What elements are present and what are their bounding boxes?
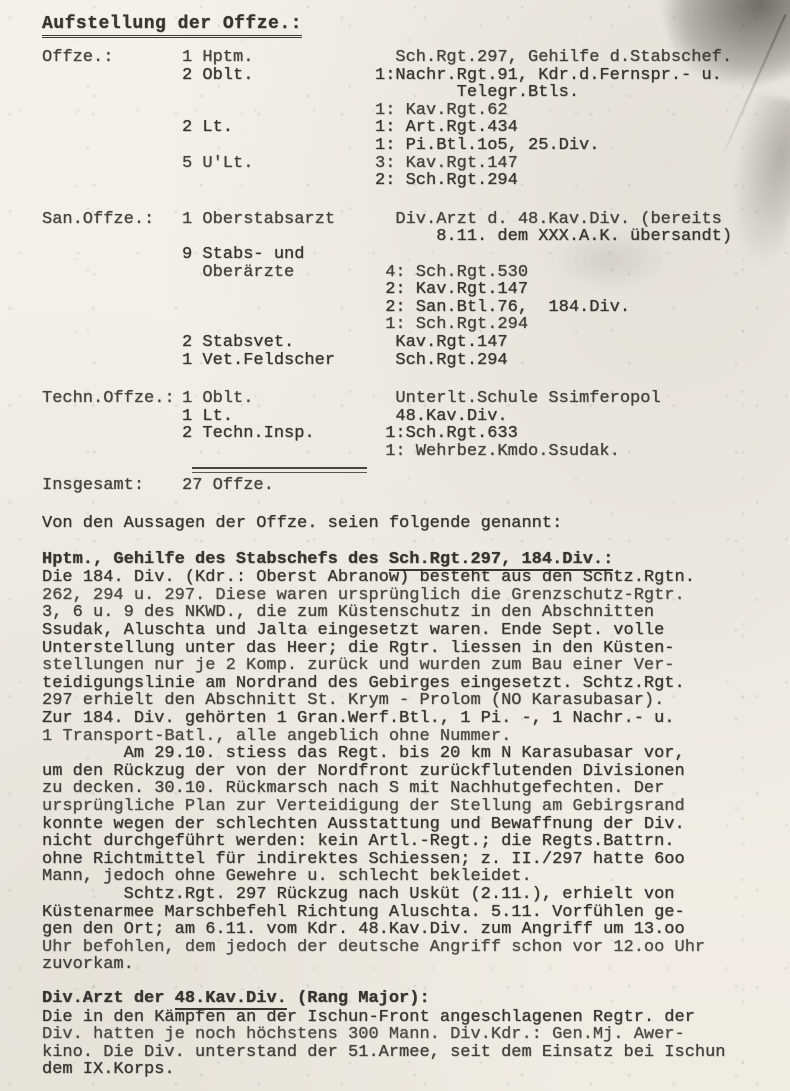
table-row: 2: San.Btl.76, 184.Div. [42,299,762,317]
table-divider [192,467,367,473]
officer-count: 1 Vet.Feldscher [182,352,375,370]
text-line: kino. Die Div. unterstand der 51.Armee, … [42,1044,762,1062]
document-content: Aufstellung der Offze.: Offze.:1 Hptm. S… [0,0,790,1079]
section-label [42,155,182,173]
officer-count [182,84,375,102]
officer-count: 5 U'Lt. [182,155,375,173]
officer-count: 1 Hptm. [182,49,375,67]
officer-detail: 1: Pi.Btl.1o5, 25.Div. [375,137,762,155]
intro-line: Von den Aussagen der Offze. seien folgen… [42,515,762,533]
officer-count [182,299,375,317]
statement-hptm-body: Die 184. Div. (Kdr.: Oberst Abranow) bes… [42,569,762,974]
officer-count: 9 Stabs- und [182,246,375,264]
table-row: 1 Vet.Feldscher Sch.Rgt.294 [42,352,762,370]
heading-underlined-text: 48.Kav.Div. [175,989,287,1010]
section-label [42,172,182,190]
officer-detail: 2: San.Btl.76, 184.Div. [375,299,762,317]
text-line: Schtz.Rgt. 297 Rückzug nach Usküt (2.11.… [42,886,762,904]
text-line: zu decken. 30.10. Rückmarsch nach S mit … [42,780,762,798]
section-label [42,352,182,370]
officer-count: Oberärzte [182,264,375,282]
text-line: Die in den Kämpfen an der Ischun-Front a… [42,1009,762,1027]
section-label [42,228,182,246]
statement-divarzt-body: Die in den Kämpfen an der Ischun-Front a… [42,1009,762,1079]
officer-detail: Kav.Rgt.147 [375,334,762,352]
table-row: 9 Stabs- und [42,246,762,264]
officer-count [182,137,375,155]
statement-hptm: Hptm., Gehilfe des Stabschefs des Sch.Rg… [42,551,762,974]
officer-detail: Telegr.Btls. [375,84,762,102]
table-row: Techn.Offze.:1 Oblt. Unterlt.Schule Ssim… [42,390,762,408]
section-label [42,281,182,299]
section-label: Techn.Offze.: [42,390,182,408]
section-label [42,408,182,426]
text-line: stellungen nur je 2 Komp. zurück und wur… [42,657,762,675]
heading-tail: (Rang Major): [287,989,430,1008]
table-row: 1: Kav.Rgt.62 [42,102,762,120]
text-line: teidigungslinie am Nordrand des Gebirges… [42,675,762,693]
section-label: Offze.: [42,49,182,67]
text-line: Am 29.10. stiess das Regt. bis 20 km N K… [42,745,762,763]
text-line: 297 erhielt den Abschnitt St. Krym - Pro… [42,692,762,710]
officer-count: 2 Oblt. [182,67,375,85]
text-line: Unterstellung unter das Heer; die Rgtr. … [42,640,762,658]
table-row: 2 Lt.1: Art.Rgt.434 [42,119,762,137]
heading-text: Div.Arzt der [42,989,175,1008]
officer-detail: Div.Arzt d. 48.Kav.Div. (bereits [375,211,762,229]
section-label [42,425,182,443]
officer-count [182,281,375,299]
officer-table: Offze.:1 Hptm. Sch.Rgt.297, Gehilfe d.St… [42,49,762,460]
officer-detail: 2: Sch.Rgt.294 [375,172,762,190]
officer-detail: 1: Wehrbez.Kmdo.Ssudak. [375,443,762,461]
table-row: San.Offze.:1 Oberstabsarzt Div.Arzt d. 4… [42,211,762,229]
officer-detail: 2: Kav.Rgt.147 [375,281,762,299]
total-value: 27 Offze. [182,477,375,495]
officer-count: 2 Lt. [182,119,375,137]
total-row: Insgesamt: 27 Offze. [42,477,762,495]
section-label [42,443,182,461]
officer-table-section: Offze.:1 Hptm. Sch.Rgt.297, Gehilfe d.St… [42,49,762,190]
officer-count [182,443,375,461]
officer-detail [375,246,762,264]
officer-count: 2 Techn.Insp. [182,425,375,443]
officer-count [182,102,375,120]
section-label [42,119,182,137]
officer-detail: Sch.Rgt.297, Gehilfe d.Stabschef. [375,49,762,67]
section-label [42,264,182,282]
scanned-document-page: { "colors": { "paper": "#f2efe9", "ink":… [0,0,790,1091]
table-row: Offze.:1 Hptm. Sch.Rgt.297, Gehilfe d.St… [42,49,762,67]
table-row: 1: Pi.Btl.1o5, 25.Div. [42,137,762,155]
officer-detail: Unterlt.Schule Ssimferopol [375,390,762,408]
text-line: Die 184. Div. (Kdr.: Oberst Abranow) bes… [42,569,762,587]
text-line: Mann, jedoch ohne Gewehre u. schlecht be… [42,868,762,886]
officer-count: 1 Oblt. [182,390,375,408]
section-label [42,84,182,102]
text-line: 3, 6 u. 9 des NKWD., die zum Küstenschut… [42,604,762,622]
officer-detail: 4: Sch.Rgt.530 [375,264,762,282]
heading-text: Hptm., Gehilfe des Stabschefs des [42,550,389,569]
table-row: 2 Stabsvet. Kav.Rgt.147 [42,334,762,352]
section-label: San.Offze.: [42,211,182,229]
officer-detail: 1:Nachr.Rgt.91, Kdr.d.Fernspr.- u. [375,67,762,85]
total-label: Insgesamt: [42,477,182,495]
table-row: Telegr.Btls. [42,84,762,102]
text-line: Zur 184. Div. gehörten 1 Gran.Werf.Btl.,… [42,710,762,728]
officer-detail: 3: Kav.Rgt.147 [375,155,762,173]
text-line: Küstenarmee Marschbefehl Richtung Alusch… [42,904,762,922]
text-line: dem IX.Korps. [42,1061,762,1079]
section-label [42,67,182,85]
statement-divarzt-heading: Div.Arzt der 48.Kav.Div. (Rang Major): [42,990,762,1008]
table-row: 2 Techn.Insp. 1:Sch.Rgt.633 [42,425,762,443]
text-line: konnte wegen der schlechten Ausstattung … [42,816,762,834]
table-row: 1: Wehrbez.Kmdo.Ssudak. [42,443,762,461]
section-label [42,246,182,264]
text-line: Ssudak, Aluschta und Jalta eingesetzt wa… [42,622,762,640]
section-label [42,137,182,155]
officer-detail: 48.Kav.Div. [375,408,762,426]
table-row: 2 Oblt.1:Nachr.Rgt.91, Kdr.d.Fernspr.- u… [42,67,762,85]
officer-count: 1 Oberstabsarzt [182,211,375,229]
table-row: 8.11. dem XXX.A.K. übersandt) [42,228,762,246]
text-line: Uhr befohlen, dem jedoch der deutsche An… [42,939,762,957]
text-line: ursprüngliche Plan zur Verteidigung der … [42,798,762,816]
text-line: um den Rückzug der von der Nordfront zur… [42,763,762,781]
section-label [42,316,182,334]
officer-detail: 8.11. dem XXX.A.K. übersandt) [375,228,762,246]
officer-count [182,316,375,334]
table-row: 5 U'Lt.3: Kav.Rgt.147 [42,155,762,173]
table-row: 1: Sch.Rgt.294 [42,316,762,334]
officer-count: 1 Lt. [182,408,375,426]
table-row: Oberärzte 4: Sch.Rgt.530 [42,264,762,282]
officer-count [182,228,375,246]
officer-detail: 1: Kav.Rgt.62 [375,102,762,120]
officer-detail: 1: Art.Rgt.434 [375,119,762,137]
section-label [42,334,182,352]
text-line: 1 Transport-Batl., alle angeblich ohne N… [42,728,762,746]
section-label [42,102,182,120]
officer-table-section: Techn.Offze.:1 Oblt. Unterlt.Schule Ssim… [42,390,762,460]
officer-detail: 1:Sch.Rgt.633 [375,425,762,443]
statement-divarzt: Div.Arzt der 48.Kav.Div. (Rang Major): D… [42,990,762,1079]
officer-count [182,172,375,190]
officer-count: 2 Stabsvet. [182,334,375,352]
section-label [42,299,182,317]
table-row: 2: Sch.Rgt.294 [42,172,762,190]
officer-detail: Sch.Rgt.294 [375,352,762,370]
text-line: gen den Ort; am 6.11. vom Kdr. 48.Kav.Di… [42,921,762,939]
text-line: zuvorkam. [42,956,762,974]
text-line: 262, 294 u. 297. Diese waren ursprünglic… [42,587,762,605]
statement-hptm-heading: Hptm., Gehilfe des Stabschefs des Sch.Rg… [42,551,762,569]
officer-table-section: San.Offze.:1 Oberstabsarzt Div.Arzt d. 4… [42,211,762,369]
table-row: 2: Kav.Rgt.147 [42,281,762,299]
officer-detail: 1: Sch.Rgt.294 [375,316,762,334]
text-line: ohne Richtmittel für indirektes Schiesse… [42,851,762,869]
text-line: Div. hatten je noch höchstens 300 Mann. … [42,1026,762,1044]
document-title: Aufstellung der Offze.: [42,14,302,38]
text-line: nicht durchgeführt werden: kein Artl.-Re… [42,833,762,851]
table-row: 1 Lt. 48.Kav.Div. [42,408,762,426]
